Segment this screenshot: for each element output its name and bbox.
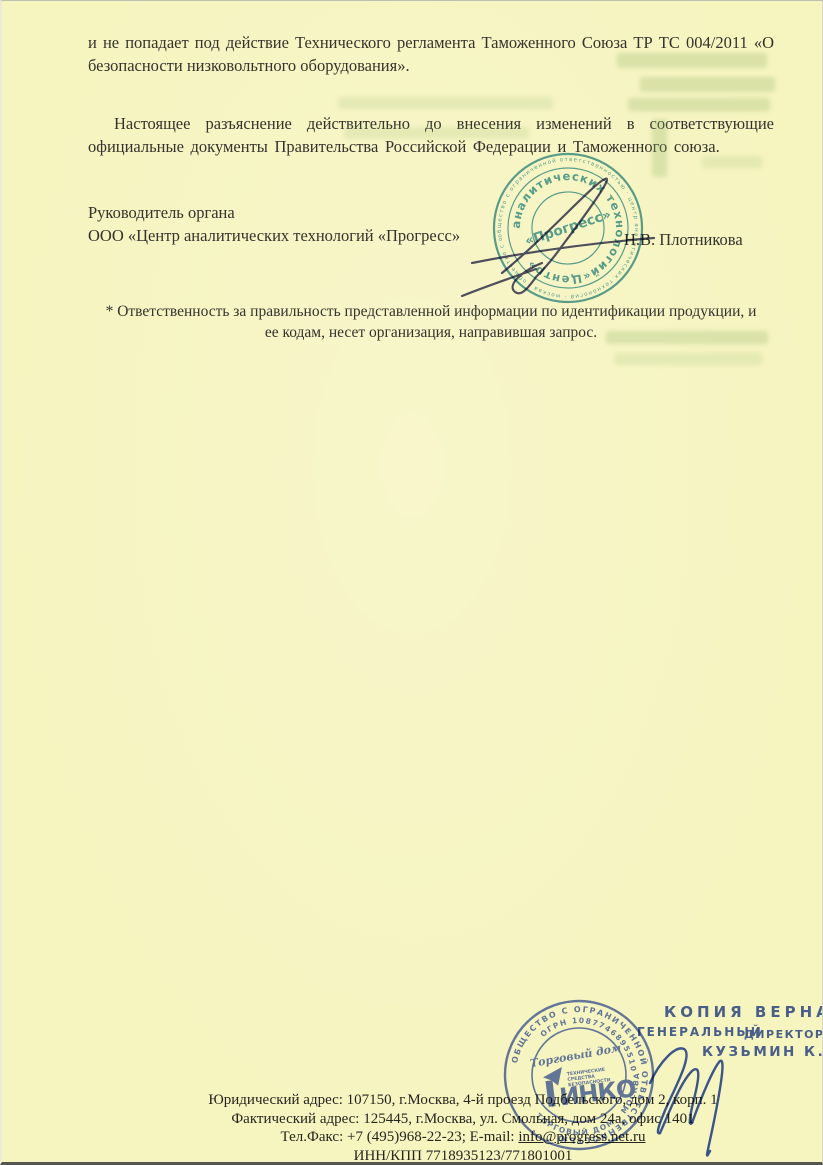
bleedthrough-mark xyxy=(344,127,529,139)
kuzmin-signature xyxy=(622,1031,752,1165)
footer-phone: Тел.Факс: +7 (495)968-22-23; E-mail: xyxy=(281,1129,519,1145)
scanned-document-page: и не попадает под действие Технического … xyxy=(0,0,823,1165)
bleedthrough-mark xyxy=(614,353,762,365)
tinko-logo-arrow-stem xyxy=(545,1080,555,1107)
bleedthrough-mark xyxy=(702,156,762,168)
bleedthrough-mark xyxy=(628,98,770,111)
copy-stamp-line1: КОПИЯ ВЕРНА xyxy=(664,1003,823,1021)
bleedthrough-mark xyxy=(617,53,767,68)
bleedthrough-mark xyxy=(640,77,775,92)
plotnikova-signature xyxy=(442,151,702,331)
copy-stamp-line2b: ДИРЕКТОР xyxy=(744,1028,823,1041)
bleedthrough-mark xyxy=(338,97,553,109)
bleedthrough-mark xyxy=(606,331,768,344)
